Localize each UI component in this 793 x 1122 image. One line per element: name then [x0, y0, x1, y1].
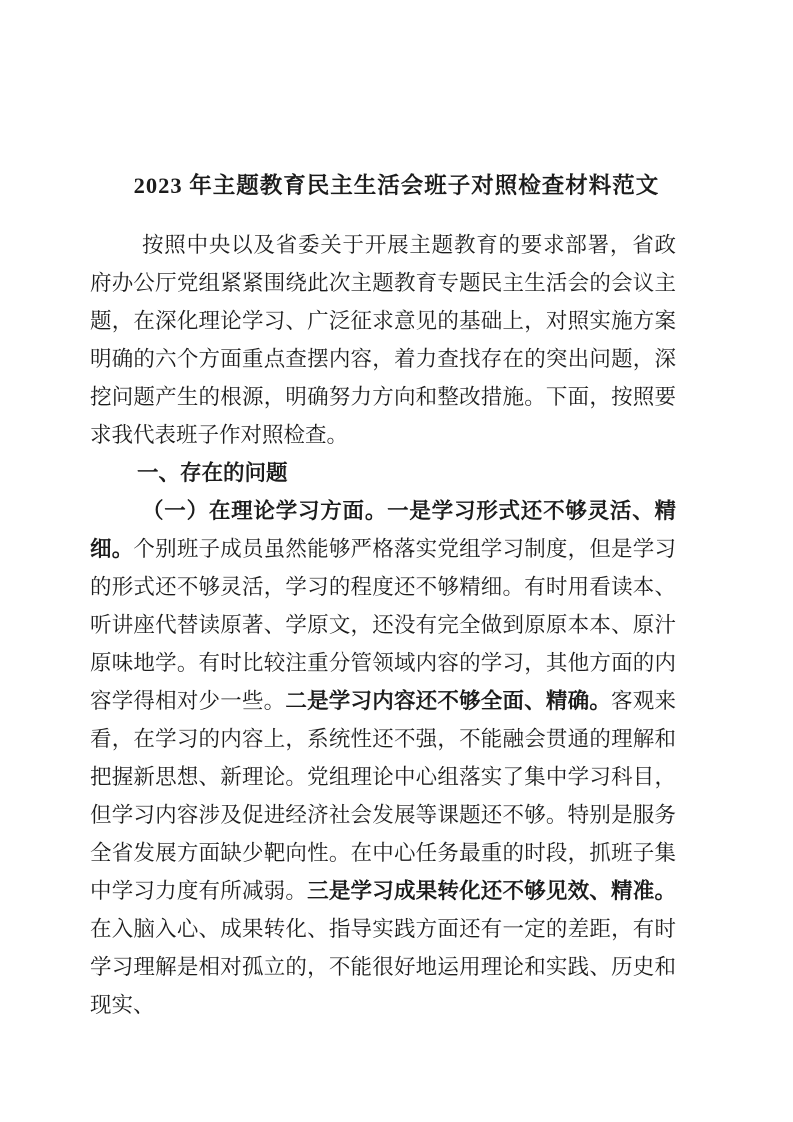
document-page: 2023 年主题教育民主生活会班子对照检查材料范文 按照中央以及省委关于开展主题…	[0, 0, 793, 1122]
section-heading: 一、存在的问题	[90, 454, 676, 492]
bold-text-run: 二是学习内容还不够全面、精确。	[285, 689, 611, 713]
bold-text-run: 三是学习成果转化还不够见效、精准。	[307, 879, 676, 903]
bold-text-run: 一、存在的问题	[137, 461, 288, 485]
text-run: 在入脑入心、成果转化、指导实践方面还有一定的差距，有时学习理解是相对孤立的，不能…	[90, 917, 676, 1017]
text-run: 按照中央以及省委关于开展主题教育的要求部署，省政府办公厅党组紧紧围绕此次主题教育…	[90, 233, 676, 447]
paragraph: （一）在理论学习方面。一是学习形式还不够灵活、精细。个别班子成员虽然能够严格落实…	[90, 492, 676, 1024]
text-run: 客观来看，在学习的内容上，系统性还不强，不能融会贯通的理解和把握新思想、新理论。…	[90, 689, 676, 903]
document-title: 2023 年主题教育民主生活会班子对照检查材料范文	[96, 172, 697, 200]
paragraph: 按照中央以及省委关于开展主题教育的要求部署，省政府办公厅党组紧紧围绕此次主题教育…	[90, 226, 676, 454]
text-run: 个别班子成员虽然能够严格落实党组学习制度，但是学习的形式还不够灵活，学习的程度还…	[90, 537, 676, 713]
document-body: 按照中央以及省委关于开展主题教育的要求部署，省政府办公厅党组紧紧围绕此次主题教育…	[90, 226, 676, 1024]
